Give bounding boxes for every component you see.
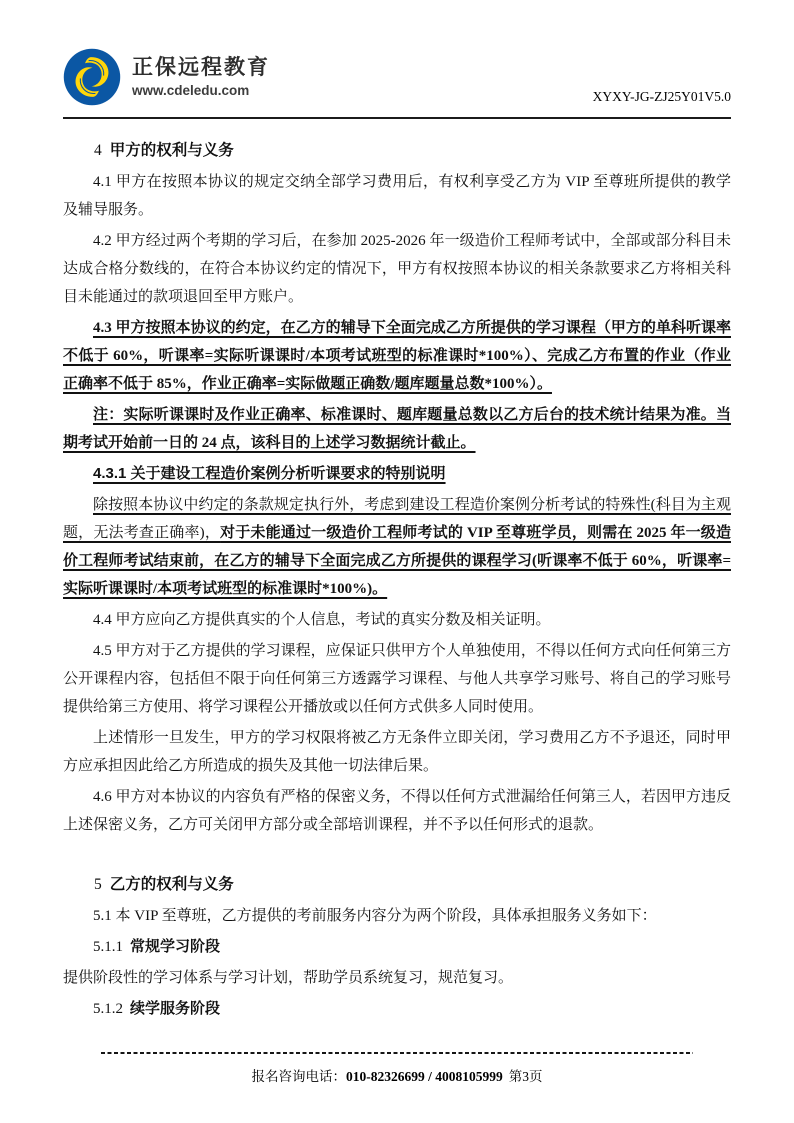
clause-4-3: 4.3 甲方按照本协议的约定，在乙方的辅导下全面完成乙方所提供的学习课程（甲方的…	[63, 314, 731, 398]
clause-4-3-note: 注：实际听课课时及作业正确率、标准课时、题库题量总数以乙方后台的技术统计结果为准…	[63, 401, 731, 457]
brand-name: 正保远程教育	[132, 56, 270, 80]
clause-5-1-1: 提供阶段性的学习体系与学习计划，帮助学员系统复习，规范复习。	[63, 964, 731, 992]
clause-5-1: 5.1 本 VIP 至尊班，乙方提供的考前服务内容分为两个阶段，具体承担服务义务…	[63, 902, 731, 930]
footer: 报名咨询电话：010-82326699 / 4008105999第3页	[0, 1065, 794, 1085]
section-5-number: 5	[94, 876, 102, 893]
document-page: 正保远程教育 www.cdeledu.com XYXY-JG-ZJ25Y01V5…	[0, 0, 794, 1123]
footer-page-number: 第3页	[509, 1069, 543, 1084]
clause-4-3-1: 除按照本协议中约定的条款规定执行外，考虑到建设工程造价案例分析考试的特殊性(科目…	[63, 491, 731, 603]
section-4-label: 甲方的权利与义务	[110, 142, 234, 159]
footer-divider	[101, 1052, 693, 1055]
clause-4-1: 4.1 甲方在按照本协议的规定交纳全部学习费用后，有权利享受乙方为 VIP 至尊…	[63, 168, 731, 224]
header-divider	[63, 117, 731, 119]
section-5-title: 5乙方的权利与义务	[63, 871, 731, 899]
section-5-1-1-number: 5.1.1	[93, 939, 123, 955]
brand-url: www.cdeledu.com	[132, 83, 270, 98]
doc-version-code: XYXY-JG-ZJ25Y01V5.0	[593, 89, 731, 106]
clause-4-6: 4.6 甲方对本协议的内容负有严格的保密义务，不得以任何方式泄漏给任何第三人，若…	[63, 783, 731, 839]
section-4-number: 4	[94, 142, 102, 159]
clause-4-2: 4.2 甲方经过两个考期的学习后，在参加 2025-2026 年一级造价工程师考…	[63, 227, 731, 311]
header: 正保远程教育 www.cdeledu.com XYXY-JG-ZJ25Y01V5…	[63, 48, 731, 106]
section-5-1-1-label: 常规学习阶段	[130, 938, 220, 955]
brand: 正保远程教育 www.cdeledu.com	[63, 48, 270, 106]
section-4-3-1-title: 4.3.1 关于建设工程造价案例分析听课要求的特别说明	[63, 460, 731, 488]
footer-contact-label: 报名咨询电话：	[252, 1069, 347, 1084]
section-5-label: 乙方的权利与义务	[110, 876, 234, 893]
section-5-1-1-title: 5.1.1常规学习阶段	[63, 933, 731, 961]
brand-logo-icon	[63, 48, 121, 106]
section-5-1-2-number: 5.1.2	[93, 1001, 123, 1017]
clause-4-4: 4.4 甲方应向乙方提供真实的个人信息，考试的真实分数及相关证明。	[63, 606, 731, 634]
document-body: 4甲方的权利与义务 4.1 甲方在按照本协议的规定交纳全部学习费用后，有权利享受…	[63, 134, 731, 1026]
clause-4-5-consequence: 上述情形一旦发生，甲方的学习权限将被乙方无条件立即关闭，学习费用乙方不予退还，同…	[63, 724, 731, 780]
section-5-1-2-title: 5.1.2续学服务阶段	[63, 995, 731, 1023]
section-5-1-2-label: 续学服务阶段	[130, 1000, 220, 1017]
footer-phone-numbers: 010-82326699 / 4008105999	[346, 1069, 503, 1084]
clause-4-5: 4.5 甲方对于乙方提供的学习课程，应保证只供甲方个人单独使用，不得以任何方式向…	[63, 637, 731, 721]
section-4-title: 4甲方的权利与义务	[63, 137, 731, 165]
brand-text: 正保远程教育 www.cdeledu.com	[132, 56, 270, 97]
